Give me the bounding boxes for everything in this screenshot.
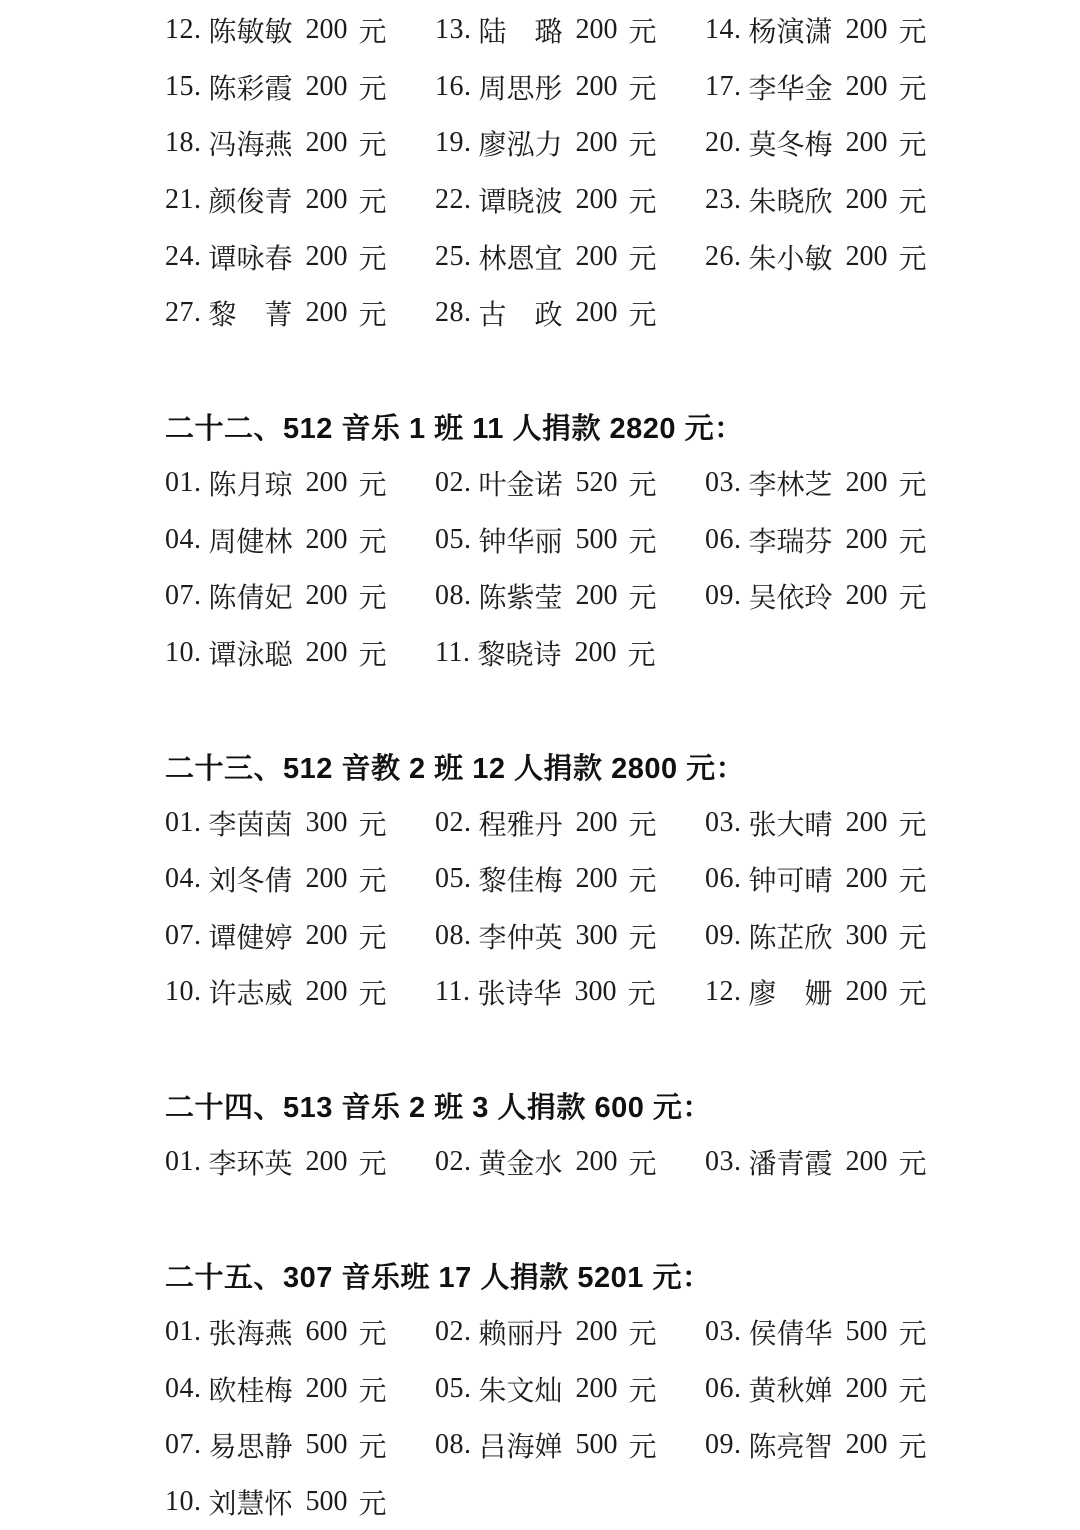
donation-amount: 200 bbox=[306, 71, 348, 103]
donor-name: 张大晴 bbox=[749, 803, 833, 843]
donor-number: 09. bbox=[705, 580, 742, 612]
donor-entry: 22.谭晓波200元 bbox=[435, 172, 705, 229]
donor-number: 04. bbox=[165, 524, 202, 556]
donor-number: 07. bbox=[165, 920, 202, 952]
donor-name: 李茵茵 bbox=[209, 803, 293, 843]
currency-unit: 元 bbox=[359, 916, 387, 956]
donor-number: 03. bbox=[705, 467, 742, 499]
donor-number: 06. bbox=[705, 1373, 742, 1405]
donation-amount: 200 bbox=[574, 637, 616, 669]
donor-name: 朱小敏 bbox=[749, 237, 833, 277]
donor-entry: 08.陈紫莹200元 bbox=[435, 568, 705, 625]
donation-amount: 300 bbox=[306, 807, 348, 839]
donor-number: 27. bbox=[165, 297, 202, 329]
donor-entry: 03.侯倩华500元 bbox=[705, 1304, 1020, 1361]
donor-name: 吴依玲 bbox=[749, 576, 833, 616]
donor-name: 陈芷欣 bbox=[749, 916, 833, 956]
currency-unit: 元 bbox=[899, 123, 927, 163]
donation-section: 12.陈敏敏200元 13.陆 璐200元 14.杨演潇200元 15.陈彩霞2… bbox=[165, 2, 1020, 342]
currency-unit: 元 bbox=[359, 1482, 387, 1522]
currency-unit: 元 bbox=[629, 237, 657, 277]
currency-unit: 元 bbox=[629, 463, 657, 503]
donor-name: 黄秋婵 bbox=[749, 1369, 833, 1409]
donor-name: 谭咏春 bbox=[209, 237, 293, 277]
donation-amount: 200 bbox=[576, 1373, 618, 1405]
donor-entry: 24.谭咏春200元 bbox=[165, 228, 435, 285]
donation-amount: 500 bbox=[846, 1316, 888, 1348]
currency-unit: 元 bbox=[359, 1142, 387, 1182]
donor-name: 陈紫莹 bbox=[479, 576, 563, 616]
donor-entry: 11.黎晓诗200元 bbox=[435, 625, 705, 682]
section-entries: 12.陈敏敏200元 13.陆 璐200元 14.杨演潇200元 15.陈彩霞2… bbox=[165, 2, 1020, 342]
currency-unit: 元 bbox=[359, 123, 387, 163]
donor-name: 陈亮智 bbox=[749, 1425, 833, 1465]
donor-entry: 08.李仲英300元 bbox=[435, 908, 705, 965]
donor-name: 李瑞芬 bbox=[749, 520, 833, 560]
section-title: 二十五、307 音乐班 17 人捐款 5201 元： bbox=[165, 1247, 1020, 1304]
donor-entry: 06.钟可晴200元 bbox=[705, 851, 1020, 908]
donor-entry: 21.颜俊青200元 bbox=[165, 172, 435, 229]
donation-section: 二十二、512 音乐 1 班 11 人捐款 2820 元： 01.陈月琼200元… bbox=[165, 342, 1020, 682]
donor-number: 02. bbox=[435, 807, 472, 839]
donor-entry: 19.廖泓力200元 bbox=[435, 115, 705, 172]
donor-number: 23. bbox=[705, 184, 742, 216]
donor-number: 13. bbox=[435, 14, 472, 46]
currency-unit: 元 bbox=[359, 180, 387, 220]
donation-amount: 200 bbox=[846, 976, 888, 1008]
donor-name: 谭健婷 bbox=[209, 916, 293, 956]
donor-number: 25. bbox=[435, 241, 472, 273]
donor-number: 16. bbox=[435, 71, 472, 103]
donor-number: 10. bbox=[165, 1486, 202, 1518]
currency-unit: 元 bbox=[359, 1369, 387, 1409]
donor-number: 12. bbox=[165, 14, 202, 46]
donor-name: 李环英 bbox=[209, 1142, 293, 1182]
donation-amount: 200 bbox=[576, 807, 618, 839]
donor-entry: 05.钟华丽500元 bbox=[435, 511, 705, 568]
donor-entry: 04.刘冬倩200元 bbox=[165, 851, 435, 908]
donation-amount: 200 bbox=[846, 1429, 888, 1461]
currency-unit: 元 bbox=[359, 803, 387, 843]
donor-entry: 27.黎 菁200元 bbox=[165, 285, 435, 342]
currency-unit: 元 bbox=[629, 576, 657, 616]
currency-unit: 元 bbox=[629, 180, 657, 220]
donor-entry: 03.李林芝200元 bbox=[705, 455, 1020, 512]
donor-number: 04. bbox=[165, 1373, 202, 1405]
currency-unit: 元 bbox=[629, 10, 657, 50]
donor-name: 张诗华 bbox=[477, 972, 561, 1012]
donor-entry: 09.陈芷欣300元 bbox=[705, 908, 1020, 965]
donor-number: 10. bbox=[165, 976, 202, 1008]
donor-number: 01. bbox=[165, 807, 202, 839]
donor-name: 易思静 bbox=[209, 1425, 293, 1465]
donor-number: 02. bbox=[435, 467, 472, 499]
donation-amount: 200 bbox=[306, 524, 348, 556]
donor-number: 11. bbox=[435, 976, 470, 1008]
currency-unit: 元 bbox=[899, 463, 927, 503]
donation-amount: 200 bbox=[846, 14, 888, 46]
donor-name: 程雅丹 bbox=[479, 803, 563, 843]
currency-unit: 元 bbox=[629, 916, 657, 956]
donor-name: 赖丽丹 bbox=[479, 1312, 563, 1352]
donor-name: 陈月琼 bbox=[209, 463, 293, 503]
donation-amount: 200 bbox=[306, 1373, 348, 1405]
donor-entry: 09.陈亮智200元 bbox=[705, 1417, 1020, 1474]
currency-unit: 元 bbox=[899, 237, 927, 277]
donor-number: 03. bbox=[705, 807, 742, 839]
donor-number: 05. bbox=[435, 524, 472, 556]
donor-number: 09. bbox=[705, 920, 742, 952]
currency-unit: 元 bbox=[359, 463, 387, 503]
donation-amount: 200 bbox=[576, 1316, 618, 1348]
donation-amount: 200 bbox=[846, 580, 888, 612]
donor-entry: 10.刘慧怀500元 bbox=[165, 1473, 435, 1530]
currency-unit: 元 bbox=[899, 972, 927, 1012]
donation-section: 二十四、513 音乐 2 班 3 人捐款 600 元： 01.李环英200元 0… bbox=[165, 1021, 1020, 1191]
currency-unit: 元 bbox=[359, 859, 387, 899]
donor-entry: 02.叶金诺520元 bbox=[435, 455, 705, 512]
donor-entry: 05.黎佳梅200元 bbox=[435, 851, 705, 908]
donor-name: 吕海婵 bbox=[479, 1425, 563, 1465]
currency-unit: 元 bbox=[629, 293, 657, 333]
donor-number: 03. bbox=[705, 1146, 742, 1178]
donor-name: 冯海燕 bbox=[209, 123, 293, 163]
currency-unit: 元 bbox=[899, 67, 927, 107]
donation-amount: 200 bbox=[306, 580, 348, 612]
currency-unit: 元 bbox=[899, 1369, 927, 1409]
donor-name: 黄金水 bbox=[479, 1142, 563, 1182]
donor-name: 刘冬倩 bbox=[209, 859, 293, 899]
donor-number: 10. bbox=[165, 637, 202, 669]
donor-number: 02. bbox=[435, 1146, 472, 1178]
donor-number: 07. bbox=[165, 1429, 202, 1461]
donor-number: 28. bbox=[435, 297, 472, 329]
donation-amount: 200 bbox=[576, 14, 618, 46]
currency-unit: 元 bbox=[629, 123, 657, 163]
donor-name: 黎晓诗 bbox=[477, 633, 561, 673]
donor-entry: 07.谭健婷200元 bbox=[165, 908, 435, 965]
donation-amount: 200 bbox=[306, 184, 348, 216]
donor-number: 01. bbox=[165, 1146, 202, 1178]
donation-amount: 500 bbox=[576, 524, 618, 556]
donation-amount: 200 bbox=[306, 127, 348, 159]
donor-entry: 03.张大晴200元 bbox=[705, 794, 1020, 851]
section-entries: 01.张海燕600元 02.赖丽丹200元 03.侯倩华500元 04.欧桂梅2… bbox=[165, 1304, 1020, 1530]
donor-number: 08. bbox=[435, 1429, 472, 1461]
donor-name: 杨演潇 bbox=[749, 10, 833, 50]
donor-entry: 13.陆 璐200元 bbox=[435, 2, 705, 59]
donation-amount: 200 bbox=[306, 467, 348, 499]
donor-name: 林恩宜 bbox=[479, 237, 563, 277]
donor-name: 陈敏敏 bbox=[209, 10, 293, 50]
donation-amount: 200 bbox=[576, 184, 618, 216]
donor-number: 20. bbox=[705, 127, 742, 159]
donation-amount: 500 bbox=[306, 1486, 348, 1518]
currency-unit: 元 bbox=[899, 1425, 927, 1465]
donation-amount: 200 bbox=[846, 807, 888, 839]
donation-section: 二十五、307 音乐班 17 人捐款 5201 元： 01.张海燕600元 02… bbox=[165, 1190, 1020, 1530]
donor-name: 周思彤 bbox=[479, 67, 563, 107]
donor-number: 08. bbox=[435, 580, 472, 612]
donor-number: 02. bbox=[435, 1316, 472, 1348]
donation-amount: 200 bbox=[576, 863, 618, 895]
currency-unit: 元 bbox=[629, 520, 657, 560]
donor-entry: 01.陈月琼200元 bbox=[165, 455, 435, 512]
donor-entry: 01.张海燕600元 bbox=[165, 1304, 435, 1361]
donation-amount: 200 bbox=[576, 297, 618, 329]
donor-name: 朱文灿 bbox=[479, 1369, 563, 1409]
currency-unit: 元 bbox=[899, 1142, 927, 1182]
donor-name: 刘慧怀 bbox=[209, 1482, 293, 1522]
donation-amount: 200 bbox=[576, 580, 618, 612]
donor-name: 李仲英 bbox=[479, 916, 563, 956]
currency-unit: 元 bbox=[359, 237, 387, 277]
currency-unit: 元 bbox=[629, 67, 657, 107]
donation-document: 12.陈敏敏200元 13.陆 璐200元 14.杨演潇200元 15.陈彩霞2… bbox=[0, 0, 1080, 1530]
donor-entry: 01.李环英200元 bbox=[165, 1134, 435, 1191]
donor-name: 黎 菁 bbox=[209, 293, 293, 333]
currency-unit: 元 bbox=[359, 633, 387, 673]
donor-entry: 18.冯海燕200元 bbox=[165, 115, 435, 172]
donor-entry: 03.潘青霞200元 bbox=[705, 1134, 1020, 1191]
donation-amount: 200 bbox=[846, 184, 888, 216]
donor-entry: 14.杨演潇200元 bbox=[705, 2, 1020, 59]
donation-amount: 200 bbox=[846, 467, 888, 499]
currency-unit: 元 bbox=[629, 1312, 657, 1352]
donor-entry: 06.黄秋婵200元 bbox=[705, 1360, 1020, 1417]
donor-number: 12. bbox=[705, 976, 742, 1008]
donor-entry: 02.黄金水200元 bbox=[435, 1134, 705, 1191]
donor-name: 欧桂梅 bbox=[209, 1369, 293, 1409]
donor-entry: 12.廖 姗200元 bbox=[705, 964, 1020, 1021]
currency-unit: 元 bbox=[629, 1369, 657, 1409]
donor-number: 26. bbox=[705, 241, 742, 273]
currency-unit: 元 bbox=[899, 859, 927, 899]
donor-number: 01. bbox=[165, 467, 202, 499]
donor-entry: 25.林恩宜200元 bbox=[435, 228, 705, 285]
donation-amount: 200 bbox=[306, 920, 348, 952]
donation-amount: 200 bbox=[576, 127, 618, 159]
currency-unit: 元 bbox=[359, 520, 387, 560]
donor-entry: 08.吕海婵500元 bbox=[435, 1417, 705, 1474]
donation-amount: 300 bbox=[574, 976, 616, 1008]
donor-name: 李林芝 bbox=[749, 463, 833, 503]
donor-name: 谭泳聪 bbox=[209, 633, 293, 673]
currency-unit: 元 bbox=[359, 67, 387, 107]
donor-entry: 05.朱文灿200元 bbox=[435, 1360, 705, 1417]
currency-unit: 元 bbox=[899, 576, 927, 616]
currency-unit: 元 bbox=[899, 520, 927, 560]
section-entries: 01.李环英200元 02.黄金水200元 03.潘青霞200元 bbox=[165, 1134, 1020, 1191]
donor-entry: 23.朱晓欣200元 bbox=[705, 172, 1020, 229]
donation-section: 二十三、512 音教 2 班 12 人捐款 2800 元： 01.李茵茵300元… bbox=[165, 681, 1020, 1021]
donor-name: 叶金诺 bbox=[479, 463, 563, 503]
donation-amount: 200 bbox=[306, 863, 348, 895]
donor-name: 谭晓波 bbox=[479, 180, 563, 220]
currency-unit: 元 bbox=[359, 1425, 387, 1465]
donor-name: 陈彩霞 bbox=[209, 67, 293, 107]
donor-entry: 07.易思静500元 bbox=[165, 1417, 435, 1474]
donor-entry: 07.陈倩妃200元 bbox=[165, 568, 435, 625]
section-entries: 01.陈月琼200元 02.叶金诺520元 03.李林芝200元 04.周健林2… bbox=[165, 455, 1020, 681]
donor-number: 04. bbox=[165, 863, 202, 895]
donation-amount: 600 bbox=[306, 1316, 348, 1348]
donation-amount: 200 bbox=[846, 1146, 888, 1178]
donor-entry: 02.程雅丹200元 bbox=[435, 794, 705, 851]
currency-unit: 元 bbox=[359, 293, 387, 333]
donor-entry: 12.陈敏敏200元 bbox=[165, 2, 435, 59]
donor-name: 钟华丽 bbox=[479, 520, 563, 560]
donor-entry: 01.李茵茵300元 bbox=[165, 794, 435, 851]
donor-name: 陆 璐 bbox=[479, 10, 563, 50]
currency-unit: 元 bbox=[629, 859, 657, 899]
donor-number: 06. bbox=[705, 863, 742, 895]
donor-entry: 04.周健林200元 bbox=[165, 511, 435, 568]
donor-entry: 11.张诗华300元 bbox=[435, 964, 705, 1021]
currency-unit: 元 bbox=[627, 633, 655, 673]
currency-unit: 元 bbox=[359, 10, 387, 50]
donation-amount: 200 bbox=[306, 14, 348, 46]
currency-unit: 元 bbox=[899, 180, 927, 220]
donor-number: 21. bbox=[165, 184, 202, 216]
donor-name: 张海燕 bbox=[209, 1312, 293, 1352]
donor-number: 01. bbox=[165, 1316, 202, 1348]
currency-unit: 元 bbox=[899, 916, 927, 956]
donor-entry: 10.谭泳聪200元 bbox=[165, 625, 435, 682]
donation-amount: 200 bbox=[846, 524, 888, 556]
donor-entry: 06.李瑞芬200元 bbox=[705, 511, 1020, 568]
donor-name: 许志威 bbox=[209, 972, 293, 1012]
donor-entry: 20.莫冬梅200元 bbox=[705, 115, 1020, 172]
donor-number: 17. bbox=[705, 71, 742, 103]
donor-number: 03. bbox=[705, 1316, 742, 1348]
donor-name: 黎佳梅 bbox=[479, 859, 563, 899]
donor-entry: 26.朱小敏200元 bbox=[705, 228, 1020, 285]
donor-entry: 15.陈彩霞200元 bbox=[165, 59, 435, 116]
donor-number: 05. bbox=[435, 863, 472, 895]
donation-amount: 200 bbox=[306, 1146, 348, 1178]
donor-name: 莫冬梅 bbox=[749, 123, 833, 163]
donor-number: 24. bbox=[165, 241, 202, 273]
donor-entry: 10.许志威200元 bbox=[165, 964, 435, 1021]
donation-amount: 200 bbox=[846, 241, 888, 273]
donor-name: 周健林 bbox=[209, 520, 293, 560]
donation-amount: 200 bbox=[576, 241, 618, 273]
donor-name: 侯倩华 bbox=[749, 1312, 833, 1352]
donor-number: 06. bbox=[705, 524, 742, 556]
donation-amount: 200 bbox=[306, 297, 348, 329]
currency-unit: 元 bbox=[359, 1312, 387, 1352]
donor-number: 05. bbox=[435, 1373, 472, 1405]
donation-amount: 300 bbox=[576, 920, 618, 952]
section-title: 二十三、512 音教 2 班 12 人捐款 2800 元： bbox=[165, 738, 1020, 795]
donation-amount: 200 bbox=[846, 863, 888, 895]
donation-amount: 500 bbox=[306, 1429, 348, 1461]
donation-amount: 200 bbox=[576, 71, 618, 103]
donor-entry: 16.周思彤200元 bbox=[435, 59, 705, 116]
donor-number: 08. bbox=[435, 920, 472, 952]
donor-name: 李华金 bbox=[749, 67, 833, 107]
donor-number: 11. bbox=[435, 637, 470, 669]
donor-entry: 17.李华金200元 bbox=[705, 59, 1020, 116]
donor-entry: 28.古 政200元 bbox=[435, 285, 705, 342]
donor-name: 陈倩妃 bbox=[209, 576, 293, 616]
currency-unit: 元 bbox=[359, 972, 387, 1012]
donation-amount: 200 bbox=[306, 241, 348, 273]
donor-number: 14. bbox=[705, 14, 742, 46]
donor-name: 朱晓欣 bbox=[749, 180, 833, 220]
donor-number: 09. bbox=[705, 1429, 742, 1461]
donation-amount: 520 bbox=[576, 467, 618, 499]
section-title: 二十二、512 音乐 1 班 11 人捐款 2820 元： bbox=[165, 398, 1020, 455]
section-entries: 01.李茵茵300元 02.程雅丹200元 03.张大晴200元 04.刘冬倩2… bbox=[165, 794, 1020, 1020]
currency-unit: 元 bbox=[629, 803, 657, 843]
currency-unit: 元 bbox=[359, 576, 387, 616]
donation-amount: 200 bbox=[306, 976, 348, 1008]
donation-amount: 200 bbox=[576, 1146, 618, 1178]
donor-number: 22. bbox=[435, 184, 472, 216]
donor-name: 颜俊青 bbox=[209, 180, 293, 220]
donor-name: 潘青霞 bbox=[749, 1142, 833, 1182]
donation-amount: 200 bbox=[306, 637, 348, 669]
donor-number: 07. bbox=[165, 580, 202, 612]
donation-amount: 500 bbox=[576, 1429, 618, 1461]
donor-entry: 09.吴依玲200元 bbox=[705, 568, 1020, 625]
donor-number: 15. bbox=[165, 71, 202, 103]
donor-number: 18. bbox=[165, 127, 202, 159]
section-title: 二十四、513 音乐 2 班 3 人捐款 600 元： bbox=[165, 1077, 1020, 1134]
currency-unit: 元 bbox=[899, 10, 927, 50]
donation-amount: 200 bbox=[846, 127, 888, 159]
donation-amount: 300 bbox=[846, 920, 888, 952]
currency-unit: 元 bbox=[627, 972, 655, 1012]
donor-name: 钟可晴 bbox=[749, 859, 833, 899]
donor-number: 19. bbox=[435, 127, 472, 159]
donation-amount: 200 bbox=[846, 71, 888, 103]
donation-amount: 200 bbox=[846, 1373, 888, 1405]
donor-entry: 04.欧桂梅200元 bbox=[165, 1360, 435, 1417]
currency-unit: 元 bbox=[899, 803, 927, 843]
currency-unit: 元 bbox=[629, 1425, 657, 1465]
donor-name: 古 政 bbox=[479, 293, 563, 333]
currency-unit: 元 bbox=[629, 1142, 657, 1182]
donor-name: 廖泓力 bbox=[479, 123, 563, 163]
donor-name: 廖 姗 bbox=[749, 972, 833, 1012]
currency-unit: 元 bbox=[899, 1312, 927, 1352]
donor-entry: 02.赖丽丹200元 bbox=[435, 1304, 705, 1361]
